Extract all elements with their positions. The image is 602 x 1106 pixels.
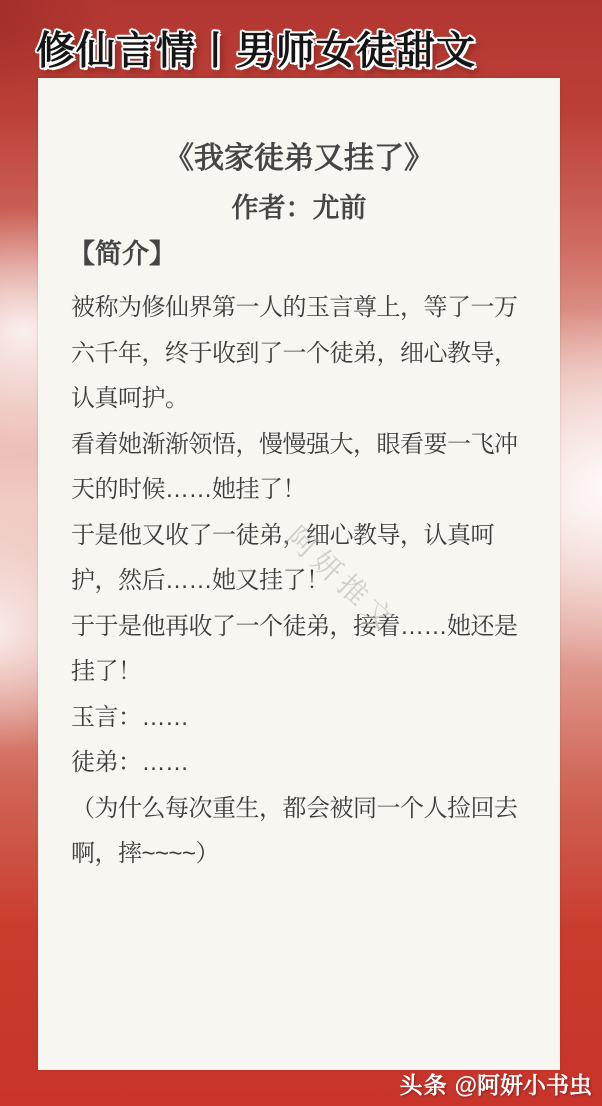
synopsis-line: 认真呵护。 — [71, 376, 540, 422]
author-handle: @阿妍小书虫 — [455, 1072, 592, 1098]
synopsis-line: （为什么每次重生，都会被同一个人捡回去 — [71, 786, 540, 832]
synopsis-line: 玉言：…… — [71, 695, 540, 741]
page-title: 修仙言情丨男师女徒甜文 — [36, 20, 476, 76]
synopsis-line: 徒弟：…… — [71, 740, 540, 786]
synopsis-text: 被称为修仙界第一人的玉言尊上，等了一万 六千年，终于收到了一个徒弟，细心教导， … — [71, 285, 540, 877]
synopsis-line: 看着她渐渐领悟，慢慢强大，眼看要一飞冲 — [71, 422, 540, 468]
synopsis-line: 挂了！ — [71, 649, 540, 695]
platform-logo-text: 头条 — [400, 1072, 448, 1098]
intro-label: 【简介】 — [68, 236, 176, 272]
synopsis-line: 于于是他再收了一个徒弟，接着……她还是 — [71, 604, 540, 650]
synopsis-line: 被称为修仙界第一人的玉言尊上，等了一万 — [71, 285, 540, 331]
footer-credit: 头条@阿妍小书虫 — [400, 1067, 592, 1100]
book-author: 作者：尤前 — [38, 190, 560, 226]
synopsis-line: 啊，摔~~~~） — [71, 831, 540, 877]
synopsis-line: 六千年，终于收到了一个徒弟，细心教导， — [71, 331, 540, 377]
content-card: 《我家徒弟又挂了》 作者：尤前 【简介】 被称为修仙界第一人的玉言尊上，等了一万… — [38, 78, 560, 1070]
book-title: 《我家徒弟又挂了》 — [38, 140, 560, 178]
synopsis-line: 天的时候……她挂了！ — [71, 467, 540, 513]
